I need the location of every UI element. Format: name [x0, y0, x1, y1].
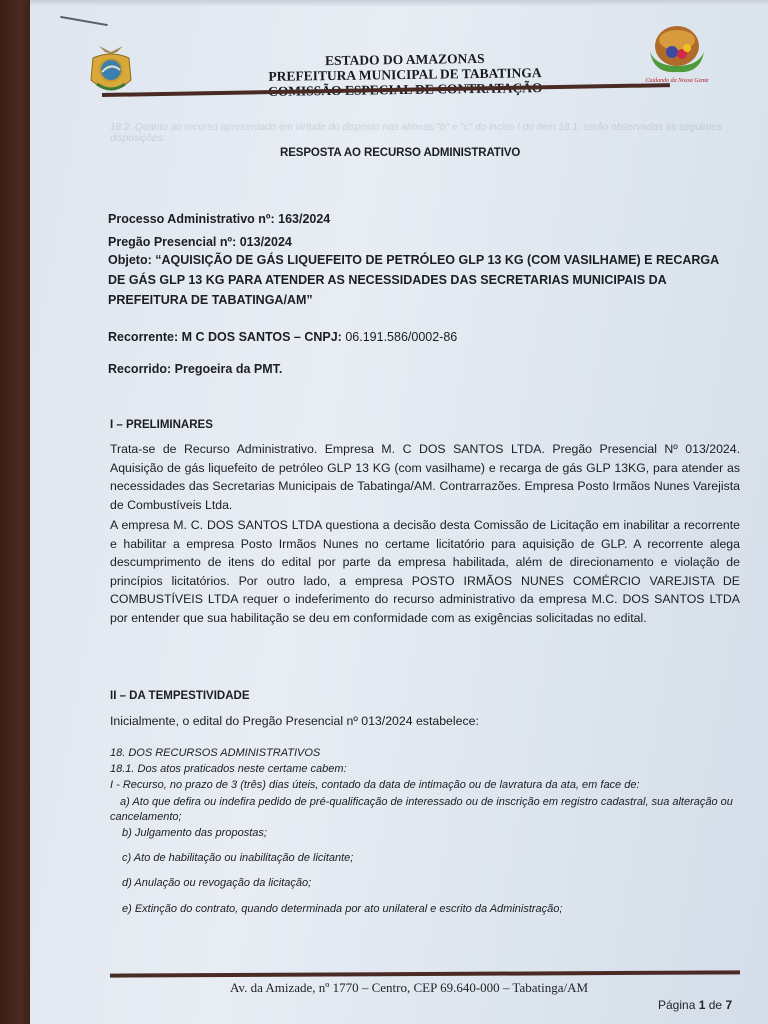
tempestividade-intro: Inicialmente, o edital do Pregão Presenc…: [110, 712, 740, 731]
page-current: 1: [699, 998, 706, 1012]
pregao-label: Pregão Presencial nº:: [108, 235, 236, 249]
page-edge-shadow: [30, 0, 768, 6]
processo-value: 163/2024: [278, 212, 330, 226]
page-prefix: Página: [658, 998, 695, 1012]
recorrido-line: Recorrido: Pregoeira da PMT.: [108, 362, 282, 376]
clause-item-i: I - Recurso, no prazo de 3 (três) dias ú…: [110, 777, 750, 793]
tabatinga-municipal-seal-icon: Cuidando da Nossa Gente: [640, 22, 714, 84]
clause-item-d: d) Anulação ou revogação da licitação;: [122, 876, 750, 891]
document-title: RESPOSTA AO RECURSO ADMINISTRATIVO: [280, 147, 520, 159]
section-preliminares-heading: I – PRELIMINARES: [110, 419, 213, 431]
footer-divider: [110, 970, 740, 977]
footer-address: Av. da Amizade, nº 1770 – Centro, CEP 69…: [230, 980, 588, 996]
processo-line: Processo Administrativo nº: 163/2024: [108, 212, 330, 226]
pregao-line: Pregão Presencial nº: 013/2024: [108, 235, 292, 249]
clause-title: 18. DOS RECURSOS ADMINISTRATIVOS: [110, 745, 750, 761]
clause-item-a: a) Ato que defira ou indefira pedido de …: [110, 795, 750, 825]
page-number: Página 1 de 7: [658, 998, 732, 1012]
preliminares-paragraph-1: Trata-se de Recurso Administrativo. Empr…: [110, 440, 740, 514]
clause-item-e: e) Extinção do contrato, quando determin…: [122, 902, 750, 917]
pen-mark: [60, 16, 108, 26]
amazonas-coat-of-arms-icon: [85, 40, 137, 98]
preliminares-paragraph-2: A empresa M. C. DOS SANTOS LTDA question…: [110, 516, 740, 628]
objeto-value: “AQUISIÇÃO DE GÁS LIQUEFEITO DE PETRÓLEO…: [108, 253, 719, 307]
clause-item-b: b) Julgamento das propostas;: [122, 826, 750, 841]
clause-subtitle: 18.1. Dos atos praticados neste certame …: [110, 761, 750, 777]
clause-item-c: c) Ato de habilitação ou inabilitação de…: [122, 851, 750, 866]
page-total: 7: [725, 998, 732, 1012]
recorrente-label: Recorrente: M C DOS SANTOS – CNPJ:: [108, 330, 342, 344]
pregao-value: 013/2024: [240, 235, 292, 249]
bleed-through-text: 18.2. Quanto ao recurso apresentado em v…: [110, 122, 768, 144]
document-page: Cuidando da Nossa Gente ESTADO DO AMAZON…: [30, 0, 768, 1024]
recorrente-cnpj: 06.191.586/0002-86: [345, 330, 457, 344]
processo-label: Processo Administrativo nº:: [108, 212, 275, 226]
recorrente-line: Recorrente: M C DOS SANTOS – CNPJ: 06.19…: [108, 330, 457, 344]
section-tempestividade-heading: II – DA TEMPESTIVIDADE: [110, 690, 250, 702]
objeto-block: Objeto: “AQUISIÇÃO DE GÁS LIQUEFEITO DE …: [108, 250, 738, 310]
page-separator: de: [709, 998, 722, 1012]
objeto-label: Objeto:: [108, 253, 152, 267]
